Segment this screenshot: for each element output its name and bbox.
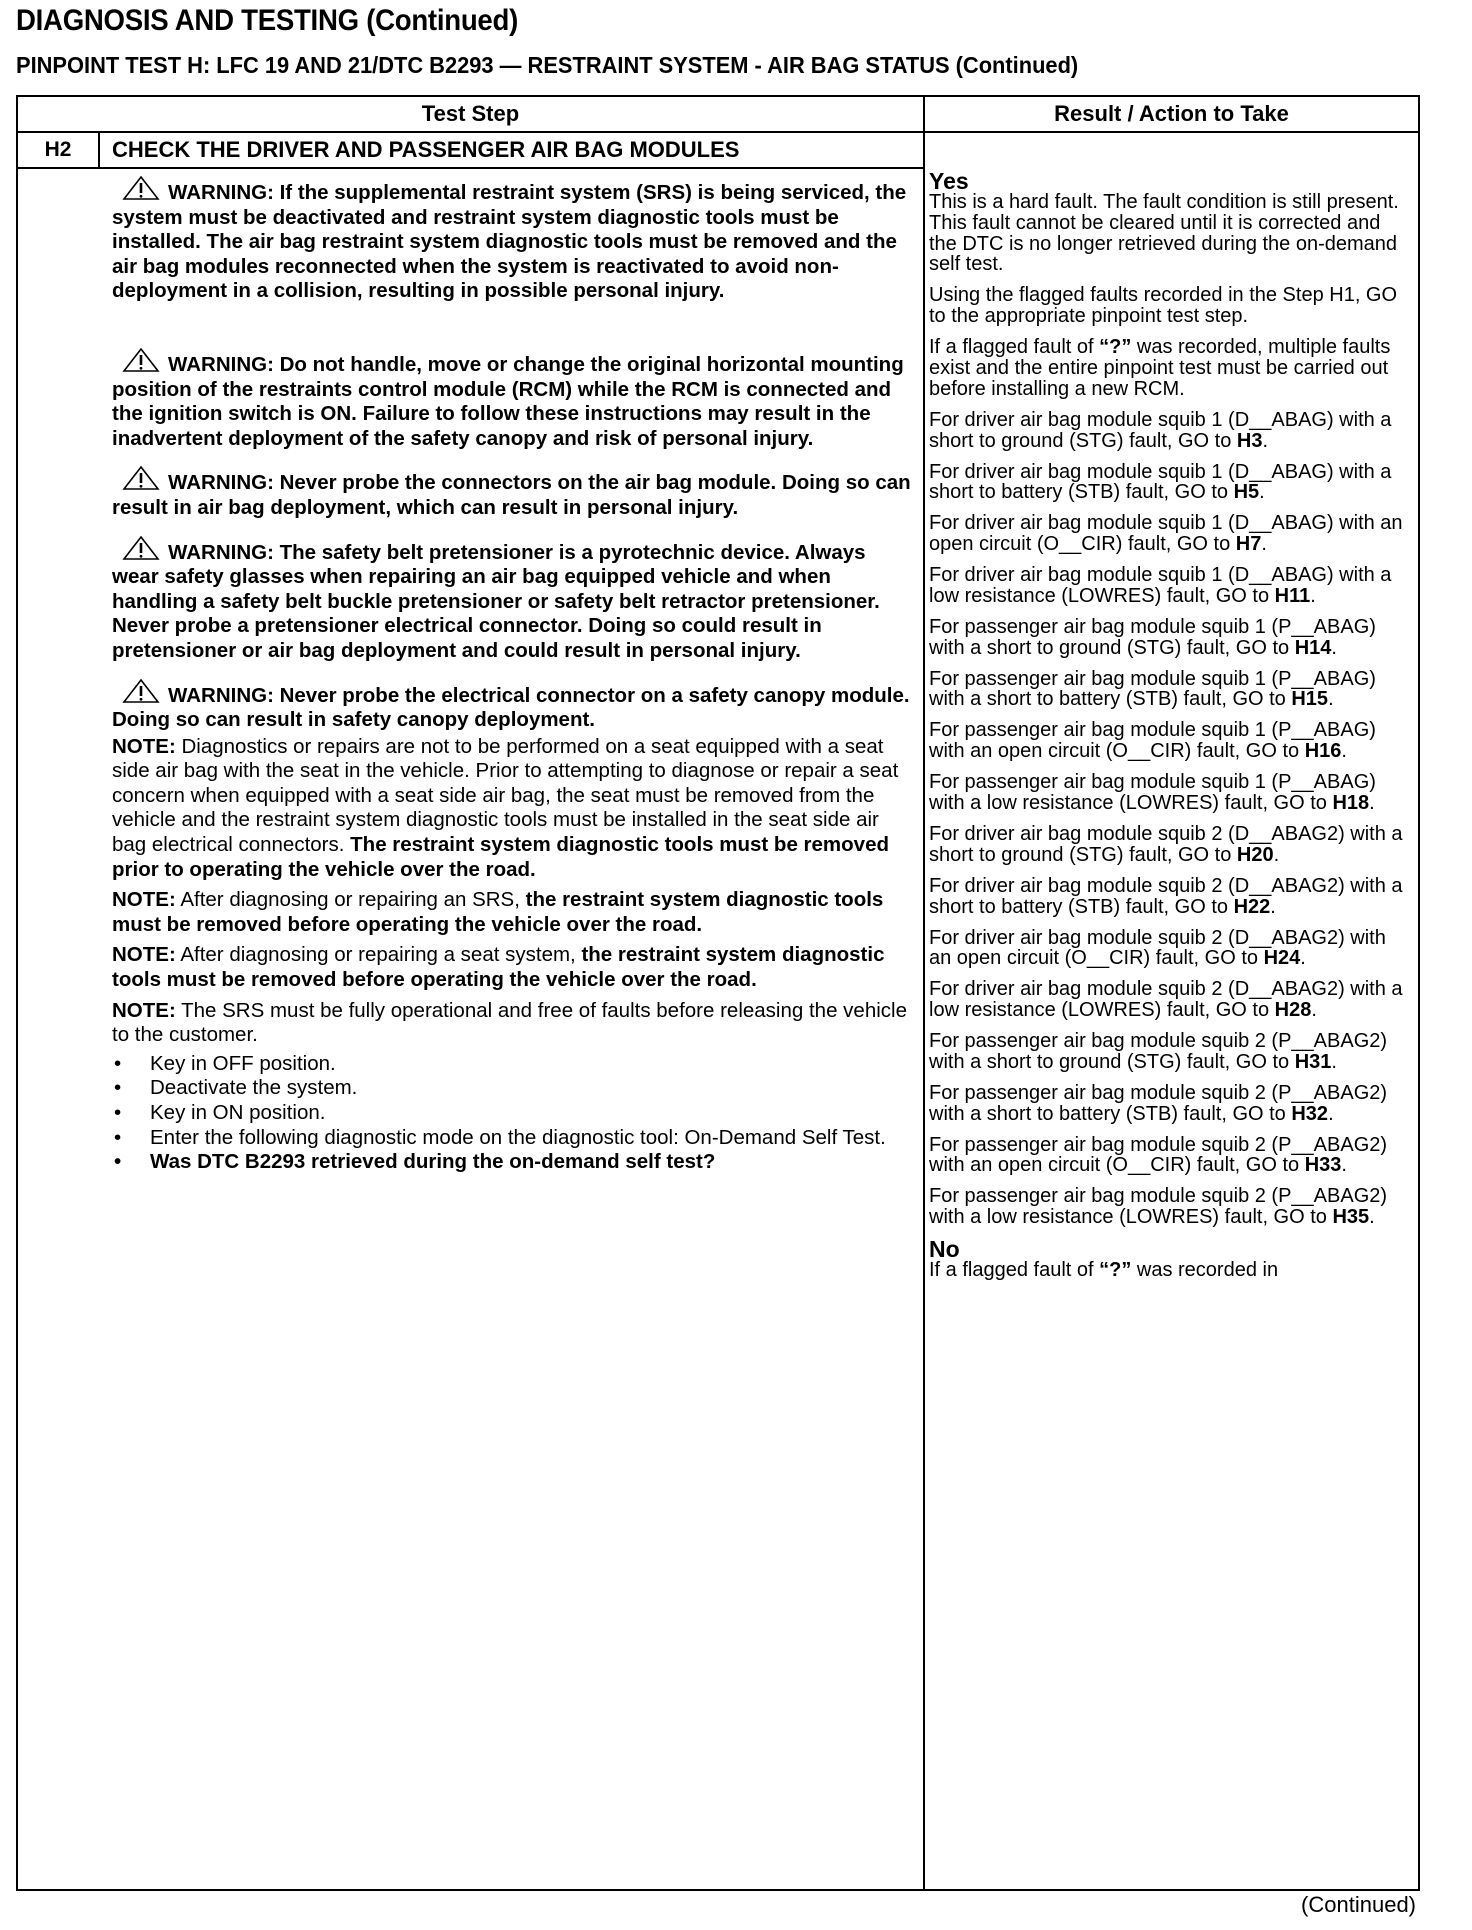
- goto-step-link[interactable]: H15: [1291, 688, 1328, 710]
- test-step-body: WARNING: If the supplemental restraint s…: [112, 175, 912, 1175]
- yes-label: Yes: [929, 170, 1409, 192]
- action-item: For driver air bag module squib 2 (D__AB…: [929, 979, 1409, 1021]
- action-item: For passenger air bag module squib 2 (P_…: [929, 1031, 1409, 1073]
- warning-safety-canopy: WARNING: Never probe the electrical conn…: [112, 678, 912, 733]
- action-item: For passenger air bag module squib 1 (P_…: [929, 772, 1409, 814]
- warning-triangle-icon: [122, 347, 160, 373]
- warning-triangle-icon: [122, 535, 160, 561]
- action-item: For passenger air bag module squib 2 (P_…: [929, 1083, 1409, 1125]
- goto-step-link[interactable]: H32: [1291, 1103, 1328, 1125]
- goto-step-link[interactable]: H20: [1237, 844, 1274, 866]
- note-after-seat-system: NOTE: After diagnosing or repairing a se…: [112, 943, 912, 992]
- goto-step-link[interactable]: H7: [1236, 533, 1262, 555]
- goto-step-link[interactable]: H28: [1275, 999, 1312, 1021]
- warning-pretensioner: WARNING: The safety belt pretensioner is…: [112, 535, 912, 664]
- multiple-faults-text: If a flagged fault of “?” was recorded, …: [929, 337, 1409, 399]
- no-result-text: If a flagged fault of “?” was recorded i…: [929, 1260, 1409, 1281]
- step-row: H2 CHECK THE DRIVER AND PASSENGER AIR BA…: [18, 133, 923, 169]
- goto-step-link[interactable]: H22: [1234, 896, 1271, 918]
- action-item: For passenger air bag module squib 1 (P_…: [929, 720, 1409, 762]
- step-id: H2: [18, 133, 100, 167]
- step-title: CHECK THE DRIVER AND PASSENGER AIR BAG M…: [112, 133, 739, 167]
- goto-step-link[interactable]: H35: [1332, 1206, 1369, 1228]
- action-item: For driver air bag module squib 2 (D__AB…: [929, 928, 1409, 970]
- goto-step-link[interactable]: H33: [1305, 1154, 1342, 1176]
- goto-step-link[interactable]: H16: [1305, 740, 1342, 762]
- goto-step-link[interactable]: H3: [1237, 430, 1263, 452]
- warning-triangle-icon: [122, 465, 160, 491]
- action-item: For driver air bag module squib 1 (D__AB…: [929, 513, 1409, 555]
- action-item: For passenger air bag module squib 1 (P_…: [929, 617, 1409, 659]
- procedure-step: Deactivate the system.: [112, 1076, 912, 1101]
- procedure-step: Key in OFF position.: [112, 1052, 912, 1077]
- column-divider: [923, 97, 925, 1889]
- note-seat-side-airbag: NOTE: Diagnostics or repairs are not to …: [112, 735, 912, 883]
- no-label: No: [929, 1238, 1409, 1260]
- goto-step-link[interactable]: H18: [1332, 792, 1369, 814]
- goto-step-link[interactable]: H11: [1275, 585, 1311, 607]
- action-item: For driver air bag module squib 1 (D__AB…: [929, 462, 1409, 504]
- action-item: For driver air bag module squib 2 (D__AB…: [929, 824, 1409, 866]
- warning-triangle-icon: [122, 175, 160, 201]
- procedure-question: Was DTC B2293 retrieved during the on-de…: [112, 1150, 912, 1175]
- pinpoint-test-title: PINPOINT TEST H: LFC 19 AND 21/DTC B2293…: [16, 52, 1078, 79]
- action-item: For passenger air bag module squib 2 (P_…: [929, 1186, 1409, 1228]
- warning-triangle-icon: [122, 678, 160, 704]
- note-srs-operational: NOTE: The SRS must be fully operational …: [112, 999, 912, 1048]
- goto-step-link[interactable]: H5: [1234, 481, 1260, 503]
- flagged-faults-text: Using the flagged faults recorded in the…: [929, 285, 1409, 327]
- goto-step-link[interactable]: H24: [1264, 947, 1301, 969]
- action-item: For driver air bag module squib 2 (D__AB…: [929, 876, 1409, 918]
- result-action-body: Yes This is a hard fault. The fault cond…: [929, 170, 1409, 1291]
- goto-step-link[interactable]: H14: [1295, 637, 1332, 659]
- action-item: For passenger air bag module squib 1 (P_…: [929, 669, 1409, 711]
- warning-rcm-mounting: WARNING: Do not handle, move or change t…: [112, 347, 912, 451]
- action-item: For passenger air bag module squib 2 (P_…: [929, 1135, 1409, 1177]
- continued-footer: (Continued): [1301, 1892, 1416, 1918]
- note-after-srs: NOTE: After diagnosing or repairing an S…: [112, 888, 912, 937]
- procedure-step: Key in ON position.: [112, 1101, 912, 1126]
- header-test-step: Test Step: [18, 97, 923, 131]
- page-title: DIAGNOSIS AND TESTING (Continued): [16, 4, 518, 38]
- procedure-step: Enter the following diagnostic mode on t…: [112, 1126, 912, 1151]
- goto-step-link[interactable]: H31: [1295, 1051, 1332, 1073]
- procedure-list: Key in OFF position. Deactivate the syst…: [112, 1052, 912, 1175]
- warning-probe-airbag-connectors: WARNING: Never probe the connectors on t…: [112, 465, 912, 520]
- warning-srs-serviced: WARNING: If the supplemental restraint s…: [112, 175, 912, 304]
- action-item: For driver air bag module squib 1 (D__AB…: [929, 565, 1409, 607]
- hard-fault-text: This is a hard fault. The fault conditio…: [929, 192, 1409, 275]
- action-item: For driver air bag module squib 1 (D__AB…: [929, 410, 1409, 452]
- header-result-action: Result / Action to Take: [925, 97, 1418, 131]
- table-header-row: Test Step Result / Action to Take: [18, 97, 1418, 133]
